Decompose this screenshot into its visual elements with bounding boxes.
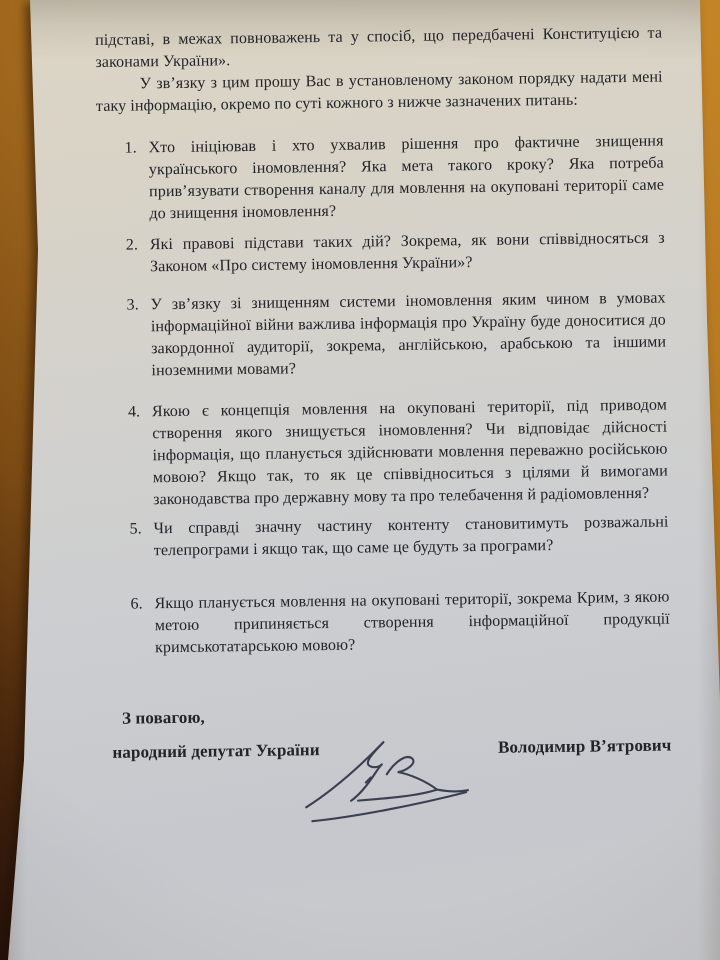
question-item: 2. Які правові підстави таких дій? Зокре…: [126, 228, 666, 279]
question-text: Хто ініціював і хто ухвалив рішення про …: [148, 131, 664, 226]
question-text: Якщо планується мовлення на окуповані те…: [154, 587, 670, 660]
signer-name: Володимир В’ятрович: [498, 735, 672, 759]
closing-salutation: З повагою,: [122, 701, 671, 730]
document-photo: підставі, в межах повноважень та у спосі…: [0, 0, 720, 960]
questions-list: 1. Хто ініціював і хто ухвалив рішення п…: [96, 131, 670, 660]
letter-content: підставі, в межах повноважень та у спосі…: [95, 23, 672, 764]
question-number: 4.: [128, 401, 153, 511]
intro-paragraph-1: підставі, в межах повноважень та у спосі…: [95, 23, 663, 74]
question-text: У зв’язку зі знищенням системи іномовлен…: [150, 288, 666, 383]
question-text: Якою є концепція мовлення на окуповані т…: [152, 395, 668, 512]
question-number: 6.: [130, 593, 155, 659]
question-item: 4. Якою є концепція мовлення на окупован…: [128, 395, 668, 512]
closing-block: З повагою, народний депутат України Воло…: [104, 701, 672, 764]
question-item: 5. Чи справді значну частину контенту ст…: [129, 512, 669, 563]
question-text: Чи справді значну частину контенту стано…: [153, 512, 669, 563]
question-item: 3. У зв’язку зі знищенням системи іномов…: [126, 288, 666, 383]
question-item: 1. Хто ініціював і хто ухвалив рішення п…: [124, 131, 664, 226]
question-number: 2.: [126, 234, 151, 278]
question-text: Які правові підстави таких дій? Зокрема,…: [150, 228, 666, 279]
question-number: 3.: [126, 294, 151, 382]
question-number: 1.: [124, 137, 149, 225]
question-number: 5.: [129, 518, 154, 562]
question-item: 6. Якщо планується мовлення на окуповані…: [130, 587, 670, 660]
intro-paragraph-2: У зв’язку з цим прошу Вас в установленом…: [96, 67, 664, 118]
signer-title: народний депутат України: [112, 739, 319, 764]
